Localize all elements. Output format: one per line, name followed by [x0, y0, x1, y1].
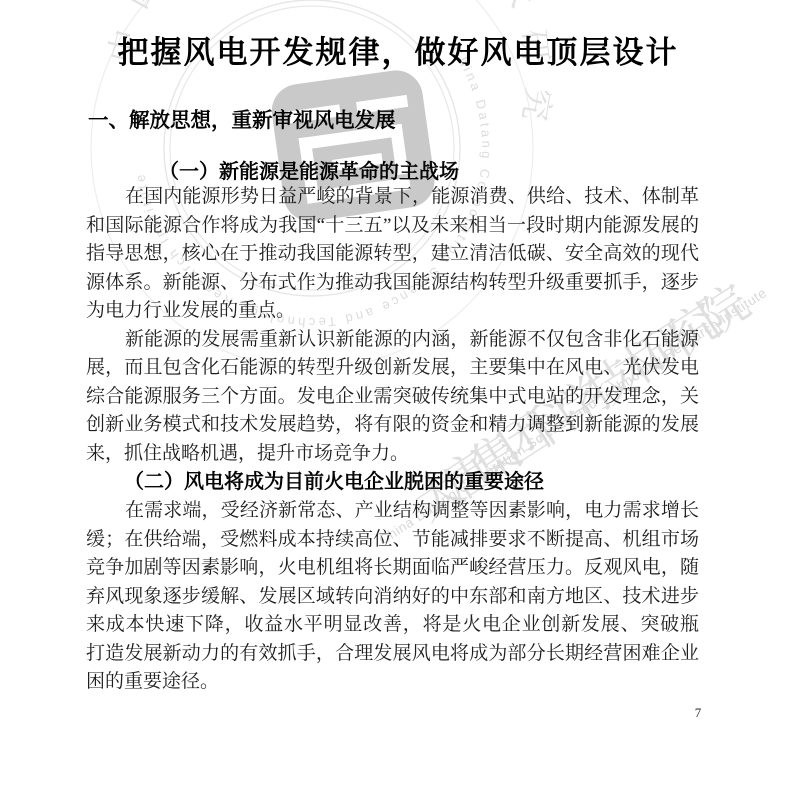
page-number: 7 [688, 705, 708, 721]
body-line: 在国内能源形势日益严峻的背景下，能源消费、供给、技术、体制革命 [86, 183, 699, 212]
body-line: 竞争加剧等因素影响，火电机组将长期面临严峻经营压力。反观风电，随着 [86, 554, 699, 583]
body-line: 在需求端，受经济新常态、产业结构调整等因素影响，电力需求增长放 [86, 497, 699, 526]
document-page: 中国大唐集团科学技术研究院 China Datang Corporation S… [0, 0, 796, 790]
body-line: 源体系。新能源、分布式作为推动我国能源结构转型升级重要抓手，逐步成 [86, 269, 699, 298]
subsection-heading-2: （二）风电将成为目前火电企业脱困的重要途径 [86, 468, 699, 497]
page-title: 把握风电开发规律，做好风电顶层设计 [0, 27, 796, 72]
body-line: 来成本快速下降，收益水平明显改善，将是火电企业创新发展、突破瓶颈、 [86, 611, 699, 640]
body-line: 新能源的发展需重新认识新能源的内涵，新能源不仅包含非化石能源发 [86, 326, 699, 355]
paragraph-1: 在国内能源形势日益严峻的背景下，能源消费、供给、技术、体制革命和国际能源合作将成… [86, 183, 699, 326]
body-line: 综合能源服务三个方面。发电企业需突破传统集中式电站的开发理念，关注 [86, 383, 699, 412]
body-line: 指导思想，核心在于推动我国能源转型，建立清洁低碳、安全高效的现代能 [86, 240, 699, 269]
body-line: 和国际能源合作将成为我国“十三五”以及未来相当一段时期内能源发展的 [86, 212, 699, 241]
paragraph-2: 新能源的发展需重新认识新能源的内涵，新能源不仅包含非化石能源发展，而且包含化石能… [86, 326, 699, 469]
body-line: 为电力行业发展的重点。 [86, 297, 699, 326]
paragraph-3: 在需求端，受经济新常态、产业结构调整等因素影响，电力需求增长放缓；在供给端，受燃… [86, 497, 699, 697]
section-heading-1: 一、解放思想，重新审视风电发展 [88, 103, 396, 133]
text-layer: 把握风电开发规律，做好风电顶层设计 一、解放思想，重新审视风电发展 （一）新能源… [0, 0, 796, 790]
body-column: 在国内能源形势日益严峻的背景下，能源消费、供给、技术、体制革命和国际能源合作将成… [86, 183, 699, 697]
body-line: 展，而且包含化石能源的转型升级创新发展，主要集中在风电、光伏发电和 [86, 354, 699, 383]
body-line: 来，抓住战略机遇，提升市场竞争力。 [86, 440, 699, 469]
subsection-heading-1: （一）新能源是能源革命的主战场 [159, 155, 459, 184]
body-line: 缓；在供给端，受燃料成本持续高位、节能减排要求不断提高、机组市场化 [86, 526, 699, 555]
body-line: 弃风现象逐步缓解、发展区域转向消纳好的中东部和南方地区、技术进步带 [86, 583, 699, 612]
body-line: 困的重要途径。 [86, 668, 699, 697]
body-line: 打造发展新动力的有效抓手，合理发展风电将成为部分长期经营困难企业脱 [86, 640, 699, 669]
body-line: 创新业务模式和技术发展趋势，将有限的资金和精力调整到新能源的发展上 [86, 411, 699, 440]
